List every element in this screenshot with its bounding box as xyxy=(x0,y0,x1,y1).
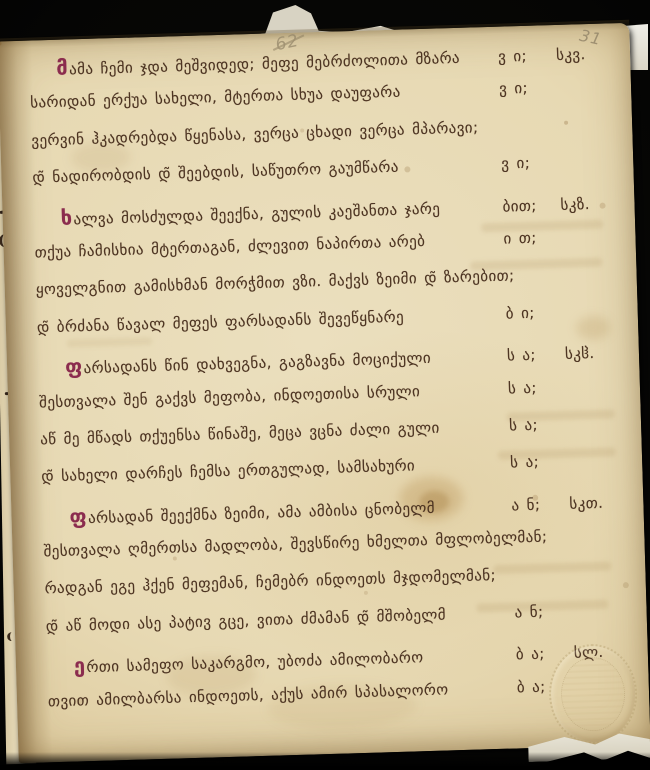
margin-rhyme-syllable xyxy=(515,279,567,281)
margin-stanza-number xyxy=(552,128,620,130)
margin-stanza-number: სკზ. xyxy=(554,194,623,214)
margin-stanza-number xyxy=(551,91,619,93)
margin-rhyme-syllable: ვ ი; xyxy=(501,153,554,173)
manuscript-photo: 62 31 მამა ჩემი ჯდა მეშვიდედ; მეფე მებრძ… xyxy=(0,0,650,770)
margin-rhyme-syllable: ა ნ; xyxy=(511,495,564,515)
rubric-initial: ხ xyxy=(60,205,72,229)
verse-text: რთი სამეფო საკარგმო, უბოძა ამილობარო xyxy=(86,648,423,676)
photo-shadow xyxy=(0,752,650,770)
verse-text: არსადან შეექმნა ზეიმი, ამა ამბისა ცნობელ… xyxy=(88,498,435,526)
margin-stanza-number xyxy=(599,538,650,540)
rubric-initial: ფ xyxy=(65,354,83,379)
margin-rhyme-syllable xyxy=(514,578,566,580)
margin-rhyme-syllable: ს ა; xyxy=(508,378,561,398)
margin-stanza-number xyxy=(567,614,635,616)
margin-stanza-number: სკთ. xyxy=(563,493,632,513)
verse-text: არსადანს წინ დახვეგნა, გაგზავნა მოციქული xyxy=(83,349,431,377)
margin-stanza-number xyxy=(553,165,621,167)
margin-stanza-number xyxy=(567,277,635,279)
margin-rhyme-syllable: ს ა; xyxy=(507,345,560,365)
margin-rhyme-syllable: ბ ი; xyxy=(505,303,558,323)
margin-stanza-number: სკვ. xyxy=(550,44,619,64)
stamp-center xyxy=(560,656,626,732)
manuscript-page: 62 31 მამა ჩემი ჯდა მეშვიდედ; მეფე მებრძ… xyxy=(0,23,650,763)
margin-rhyme-syllable: ს ა; xyxy=(509,415,562,435)
verse-text: ალვა მოსძულდა შეექნა, გულის კაეშანთა ჯარ… xyxy=(73,199,440,228)
margin-rhyme-syllable: ა ნ; xyxy=(514,602,567,622)
rubric-initial: ე xyxy=(74,653,86,677)
margin-stanza-number xyxy=(556,240,624,242)
margin-rhyme-syllable: ი თ; xyxy=(503,228,556,248)
text-block: მამა ჩემი ჯდა მეშვიდედ; მეფე მებრძოლითა … xyxy=(28,39,638,729)
margin-stanza-number xyxy=(558,315,626,317)
margin-rhyme-syllable: ვ ი; xyxy=(499,79,552,99)
margin-rhyme-syllable: ს ა; xyxy=(510,452,563,472)
margin-rhyme-syllable xyxy=(548,540,600,542)
margin-stanza-number: სკჱ. xyxy=(559,343,628,363)
margin-stanza-number xyxy=(566,576,634,578)
margin-rhyme-syllable xyxy=(500,130,552,132)
margin-stanza-number xyxy=(560,389,628,391)
margin-rhyme-syllable: ვ ი; xyxy=(498,46,551,66)
rubric-initial: ფ xyxy=(69,504,87,529)
margin-stanza-number xyxy=(561,427,629,429)
verse-text: ამა ჩემი ჯდა მეშვიდედ; მეფე მებრძოლითა მ… xyxy=(69,49,460,79)
margin-rhyme-syllable: ბით; xyxy=(502,196,555,216)
rubric-initial: მ xyxy=(56,55,68,79)
margin-stanza-number xyxy=(562,464,630,466)
